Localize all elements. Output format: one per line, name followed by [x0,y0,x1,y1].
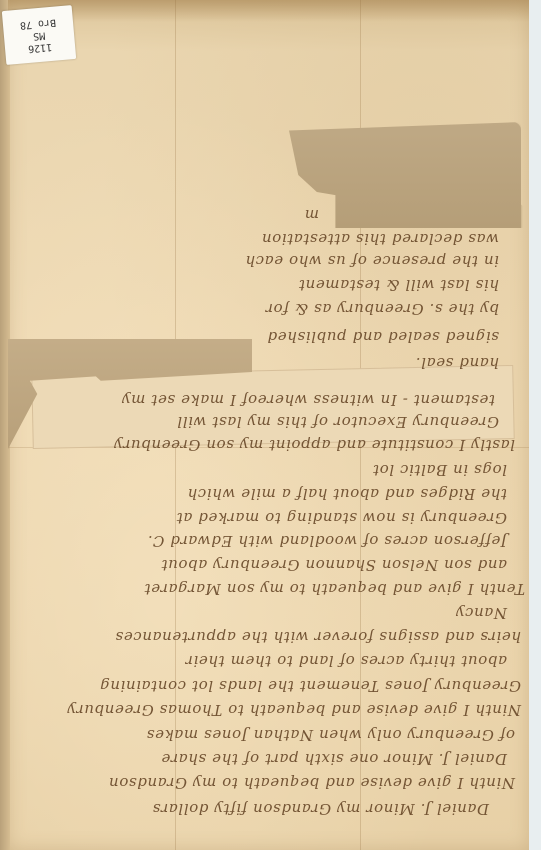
handwritten-line: about thirty acres of land to them their [185,652,507,670]
handwritten-line: Nancy [455,604,507,622]
handwritten-line: Daniel J. Minor my Grandson fifty dollar… [152,800,489,818]
handwritten-line: the Ridges and about half a mile which [187,485,507,503]
handwritten-line: and son Nelson Shannon Greenbury about [161,556,507,574]
box-number: Bro 78 [19,15,56,30]
handwritten-line: Tenth I give and bequeath to my son Marg… [144,580,525,598]
catalog-number: 1126 [28,40,53,54]
catalog-label-text: 1126 MS Bro 78 [2,5,76,65]
handwritten-line: Daniel J. Minor one sixth part of the sh… [161,750,507,768]
handwritten-line: by the s. Greenbury as & for [265,300,499,318]
handwritten-line: signed sealed and published [267,328,499,346]
handwritten-line: in the presence of us who each [245,252,499,270]
catalog-label: 1126 MS Bro 78 [2,5,76,65]
handwritten-line: of Greenbury only when Nathan Jones make… [146,726,515,744]
handwritten-line: Ninth I give devise and bequeath to my G… [108,774,515,792]
handwritten-line: testament - In witness whereof I make se… [121,391,495,409]
handwritten-line: Greenbury Jones Tenement the lands lot c… [99,677,521,695]
handwritten-line: his last will & testament [298,276,499,294]
handwritten-line: m [304,206,319,224]
handwritten-line: logs in Baltic lot [372,461,507,479]
collection-code: MS [32,28,45,41]
handwritten-line: Greenbury is now standing to marked at [176,509,507,527]
handwritten-line: Ninth I give devise and bequeath to Thom… [67,701,521,719]
handwritten-line: lastly I constitute and appoint my son G… [114,436,515,454]
handwritten-line: hand seal. [415,354,499,372]
handwritten-line: heirs and assigns forever with the appur… [115,628,521,646]
handwritten-line: Jefferson acres of woodland with Edward … [147,532,507,550]
handwritten-text-block: Daniel J. Minor my Grandson fifty dollar… [8,0,529,850]
handwritten-line: Greenbury Executor of this my last will [177,413,499,431]
handwritten-line: was declared this attestation [261,230,499,248]
